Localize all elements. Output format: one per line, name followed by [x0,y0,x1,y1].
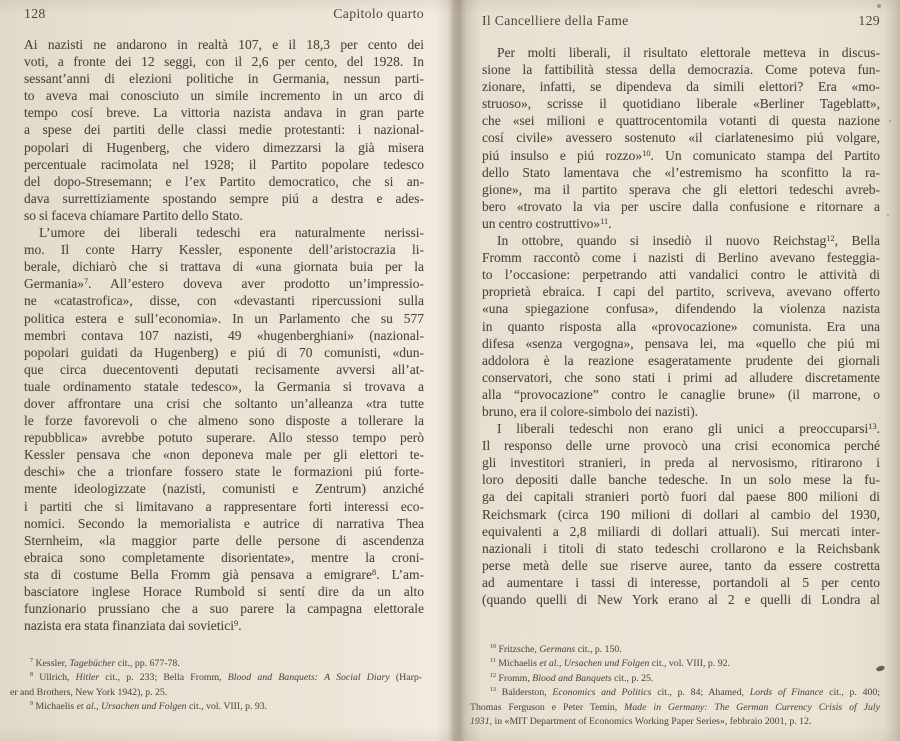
paragraph: In ottobre, quando si insediò il nuovo R… [482,232,880,420]
footnote: 11 Michaelis et al., Ursachen und Folgen… [470,657,880,671]
text-line: nazista era stata finanziata dai sovieti… [24,617,424,634]
text-line: popolari di Hugenberg, che videro dimezz… [24,139,424,156]
left-page: 128 Capitolo quarto Ai nazisti ne andaro… [0,0,452,741]
text-line: proprietà ebraica. I capi del partito, s… [482,283,880,300]
running-title: Il Cancelliere della Fame [482,13,629,29]
text-line: ga dei capitali stranieri portò fuori da… [482,488,880,505]
text-line: Kessler pensava che «non deponeva male p… [24,446,424,463]
paragraph: Per molti liberali, il risultato elettor… [482,44,880,232]
footnotes: 10 Fritzsche, Germans cit., p. 150.11 Mi… [470,643,880,729]
text-line: del dopo-Stresemann; e l’ex Partito demo… [24,173,424,190]
paper-speck [889,120,891,122]
text-line: ne «catastrofica», disse, con «devastant… [24,292,424,309]
footnote-line: 9 Michaelis et al., Ursachen und Folgen … [10,700,422,714]
text-line: tempo cosí breve. La vittoria nazista an… [24,104,424,121]
text-line: zionare, infatti, se dipendeva da simili… [482,78,880,95]
text-line: a spese dei partiti delle classi medie p… [24,121,424,138]
text-line: i partiti che si limitavano a rappresent… [24,498,424,515]
text-line: gli investitori stranieri, in preda al n… [482,454,880,471]
text-line: to l’occasione: perpetrando atti vandali… [482,266,880,283]
footnote: 10 Fritzsche, Germans cit., p. 150. [470,643,880,657]
text-line: In ottobre, quando si insediò il nuovo R… [482,232,880,249]
text-line: sessant’anni di elezioni politiche in Ge… [24,70,424,87]
text-line: dover affrontare una crisi che soltanto … [24,395,424,412]
text-line: funzionario prussiano che a suo parere l… [24,600,424,617]
text-line: sta di costume Bella Fromm già pensava a… [24,566,424,583]
text-line: tuale ordinamento statale tedesco», la G… [24,378,424,395]
footnote-line: Thomas Ferguson e Peter Temin, Made in G… [470,701,880,715]
text-line: difesa «senza vergogna», pensava lei, ma… [482,335,880,352]
text-line: Reichsmark (circa 190 milioni di dollari… [482,506,880,523]
text-line: mo. Il conte Harry Kessler, esponente de… [24,241,424,258]
text-line: L’umore dei liberali tedeschi era natura… [24,224,424,241]
text-line: equivalenti a 2,8 miliardi di dollari at… [482,523,880,540]
text-line: percentuale racimolata nel 1928; il Part… [24,156,424,173]
text-line: struoso», scrisse il quotidiano liberale… [482,95,880,112]
paragraph: I liberali tedeschi non erano gli unici … [482,420,880,608]
text-line: un centro costruttivo»11. [482,215,880,232]
text-line: Fromm raccontò come i nazisti di Berlino… [482,249,880,266]
page-number: 129 [858,13,880,29]
body-text: Ai nazisti ne andarono in realtà 107, e … [24,36,424,634]
text-line: bruno, era il colore-simbolo dei nazisti… [482,403,880,420]
text-line: che «sei milioni e quattrocentomila vota… [482,112,880,129]
text-line: berale, dichiarò che si trattava di «una… [24,258,424,275]
footnote: 13 Balderston, Economics and Politics ci… [470,686,880,729]
text-line: le forze favorevoli o che almeno sono di… [24,412,424,429]
text-line: Sternheim, «la maggior parte delle perso… [24,532,424,549]
footnote: 7 Kessler, Tagebücher cit., pp. 677-78. [10,657,422,671]
footnote: 12 Fromm, Blood and Banquets cit., p. 25… [470,672,880,686]
text-line: que circa duecentoventi deputati recisam… [24,361,424,378]
text-line: nazionali i titoli di stato tedeschi cro… [482,540,880,557]
text-line: sione la fattibilità stessa della democr… [482,61,880,78]
text-line: loro depositi dalle banche tedesche. In … [482,471,880,488]
page-header: Il Cancelliere della Fame 129 [482,13,880,29]
text-line: to aveva mai conosciuto un simile increm… [24,87,424,104]
text-line: nomici. Secondo la memorialista e autric… [24,515,424,532]
paper-speck [877,4,881,8]
footnote-line: 8 Ullrich, Hitler cit., p. 233; Bella Fr… [10,671,422,685]
text-line: perse metà delle sue riserve auree, tant… [482,557,880,574]
text-line: Germania»7. All’estero doveva aver prodo… [24,275,424,292]
text-line: voti, a fronte dei 12 seggi, con il 2,6 … [24,53,424,70]
right-page: Il Cancelliere della Fame 129 Per molti … [452,0,900,741]
text-line: Per molti liberali, il risultato elettor… [482,44,880,61]
paragraph: L’umore dei liberali tedeschi era natura… [24,224,424,634]
text-line: ebraica sono completamente disorientate»… [24,549,424,566]
footnote: 9 Michaelis et al., Ursachen und Folgen … [10,700,422,714]
text-line: deschi» che a trionfare fossero state le… [24,463,424,480]
text-line: piú insulso e piú rozzo»10. Un comunicat… [482,147,880,164]
footnotes: 7 Kessler, Tagebücher cit., pp. 677-78.8… [10,657,422,715]
paragraph: Ai nazisti ne andarono in realtà 107, e … [24,36,424,224]
text-line: gione», ma il partito sperava che gli el… [482,181,880,198]
book-spread: 128 Capitolo quarto Ai nazisti ne andaro… [0,0,900,741]
text-line: Ai nazisti ne andarono in realtà 107, e … [24,36,424,53]
footnote-line: 7 Kessler, Tagebücher cit., pp. 677-78. [10,657,422,671]
text-line: so si faceva chiamare Partito dello Stat… [24,207,424,224]
text-line: politica estera e sull’economia». In un … [24,310,424,327]
footnote-line: 11 Michaelis et al., Ursachen und Folgen… [470,657,880,671]
page-number: 128 [24,6,46,22]
text-line: alla “provocazione” contro le canaglie b… [482,386,880,403]
text-line: I liberali tedeschi non erano gli unici … [482,420,880,437]
text-line: mente ideologizzate (nazisti, comunisti … [24,480,424,497]
text-line: conservatori, che sono stati i primi ad … [482,369,880,386]
text-line: bero «trovato la via per uscire dalla co… [482,198,880,215]
text-line: basciatore inglese Horace Rumbold si sen… [24,583,424,600]
text-line: in quanto risposta alla «provocazione» c… [482,318,880,335]
text-line: dava surrettiziamente spostando sempre p… [24,190,424,207]
text-line: dello Stato lamentava che «l’estremismo … [482,164,880,181]
text-line: cosí civile» avessero sostenuto «il ciar… [482,129,880,146]
footnote-line: 10 Fritzsche, Germans cit., p. 150. [470,643,880,657]
paper-speck [887,214,889,216]
text-line: «una spiegazione confusa», difendendo la… [482,300,880,317]
text-line: addolora è la reazione esageratamente pr… [482,352,880,369]
footnote-line: 13 Balderston, Economics and Politics ci… [470,686,880,700]
running-title: Capitolo quarto [333,6,424,22]
page-header: 128 Capitolo quarto [24,6,424,22]
text-line: Il responso delle urne provocò una crisi… [482,437,880,454]
text-line: membri contava 107 nazisti, 49 «hugenber… [24,327,424,344]
text-line: popolari guidati da Hugenberg) e piú di … [24,344,424,361]
footnote-line: 12 Fromm, Blood and Banquets cit., p. 25… [470,672,880,686]
footnote: 8 Ullrich, Hitler cit., p. 233; Bella Fr… [10,671,422,700]
footnote-line: 1931, in «MIT Department of Economics Wo… [470,715,880,729]
body-text: Per molti liberali, il risultato elettor… [482,44,880,608]
footnote-line: er and Brothers, New York 1942), p. 25. [10,686,422,700]
text-line: (quando quelli di New York erano al 2 e … [482,591,880,608]
text-line: ad aumentare i tassi di interesse, porta… [482,574,880,591]
text-line: repubblica» avrebbe potuto superare. All… [24,429,424,446]
